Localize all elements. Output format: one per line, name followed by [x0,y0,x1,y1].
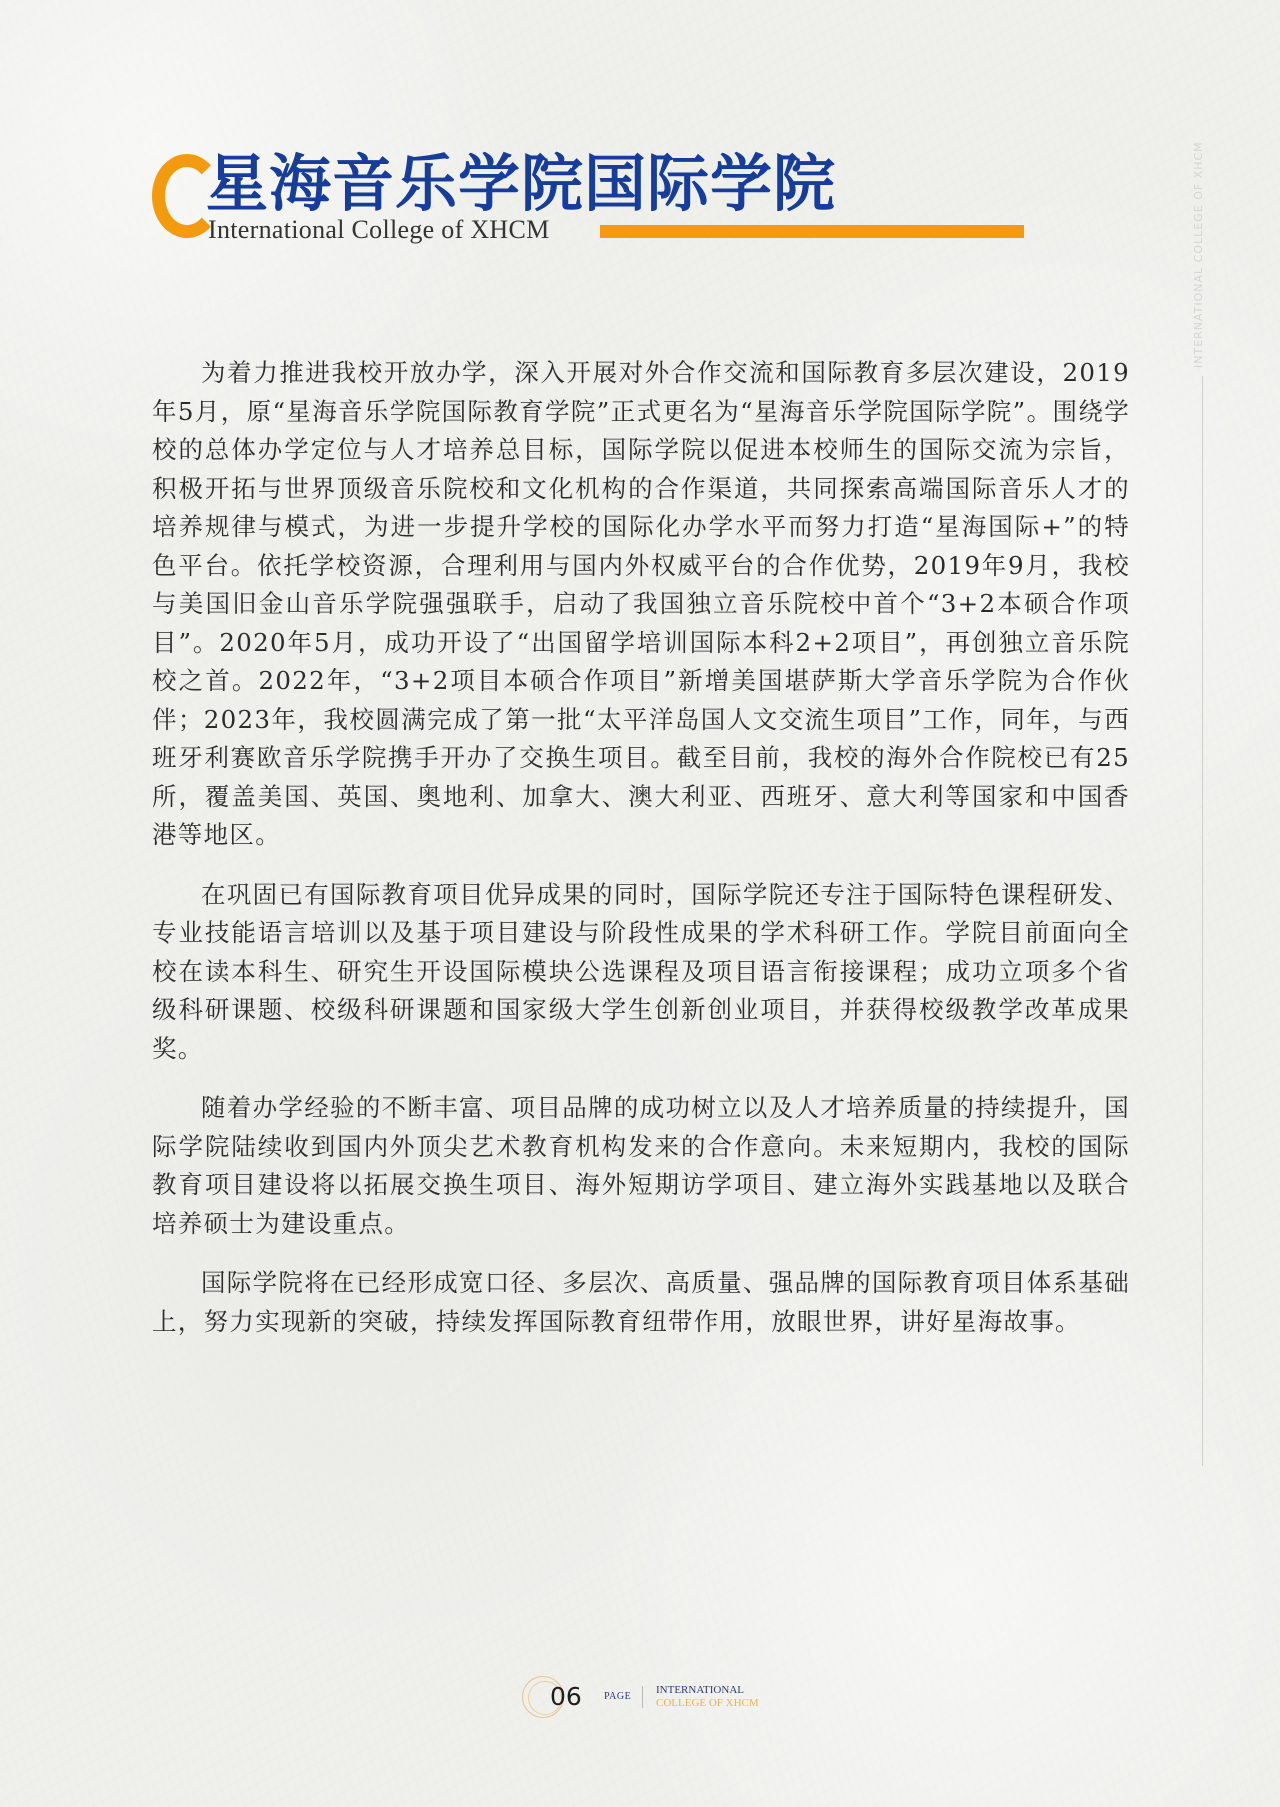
page-header: 星海音乐学院国际学院 International College of XHCM [150,148,890,248]
side-divider-line [1202,376,1203,1466]
footer-org-line1: INTERNATIONAL [656,1684,759,1697]
orange-underline-bar [600,225,1024,238]
footer-divider [642,1686,643,1708]
paragraph-intro: 为着力推进我校开放办学，深入开展对外合作交流和国际教育多层次建设，2019年5月… [152,354,1130,855]
page-title: 星海音乐学院国际学院 [206,148,836,220]
paragraph-conclusion: 国际学院将在已经形成宽口径、多层次、高质量、强品牌的国际教育项目体系基础上，努力… [152,1264,1130,1341]
paragraph-curriculum: 在巩固已有国际教育项目优异成果的同时，国际学院还专注于国际特色课程研发、专业技能… [152,876,1130,1069]
page-subtitle: International College of XHCM [208,214,550,246]
footer-org-line2: COLLEGE OF XHCM [656,1697,759,1710]
page-number: 06 [550,1681,582,1713]
page-label: PAGE [604,1691,631,1703]
page-footer: 06 PAGE INTERNATIONAL COLLEGE OF XHCM [520,1672,780,1724]
article-body: 为着力推进我校开放办学，深入开展对外合作交流和国际教育多层次建设，2019年5月… [152,354,1130,1362]
paragraph-future-plans: 随着办学经验的不断丰富、项目品牌的成功树立以及人才培养质量的持续提升，国际学院陆… [152,1089,1130,1243]
footer-org-name: INTERNATIONAL COLLEGE OF XHCM [656,1684,759,1710]
side-vertical-label: INTERNATIONAL COLLEGE OF XHCM [1192,148,1212,368]
